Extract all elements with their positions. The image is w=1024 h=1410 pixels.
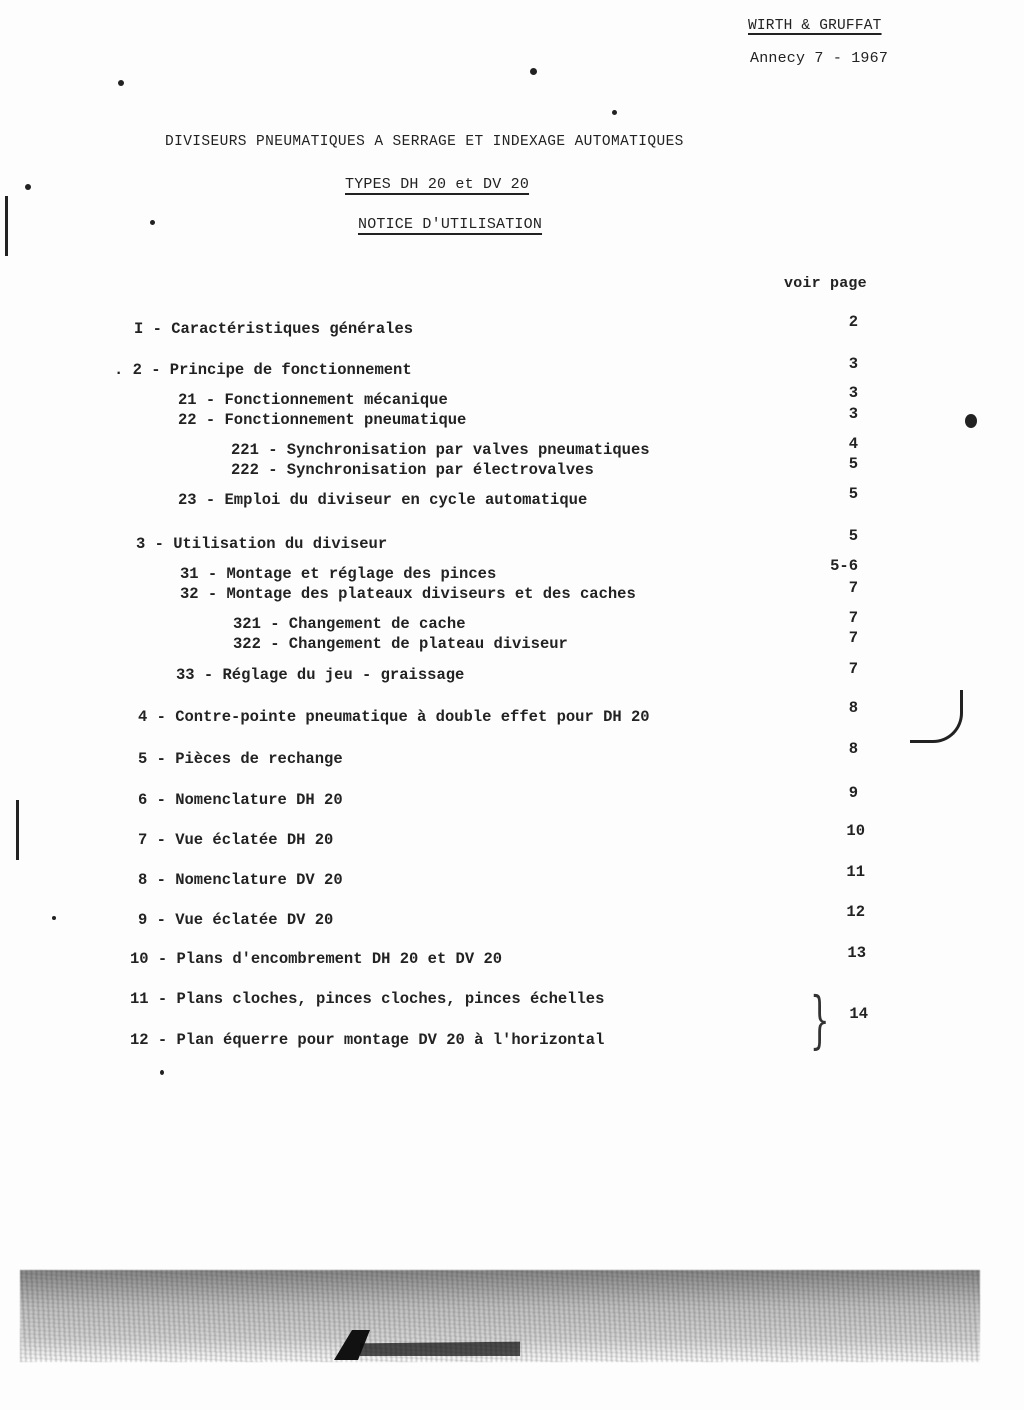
toc-page: 5-6 — [798, 557, 858, 575]
toc-page: 3 — [798, 384, 858, 402]
toc-entry: 32 - Montage des plateaux diviseurs et d… — [180, 585, 636, 603]
toc-entry: 3 - Utilisation du diviseur — [136, 535, 387, 553]
toc-page: 3 — [798, 405, 858, 423]
toc-entry: 31 - Montage et réglage des pinces — [180, 565, 496, 583]
toc-entry: 322 - Changement de plateau diviseur — [233, 635, 568, 653]
toc-entry: 33 - Réglage du jeu - graissage — [176, 666, 464, 684]
scan-speck — [118, 80, 124, 86]
scan-speck — [160, 1070, 164, 1075]
toc-page: 5 — [798, 455, 858, 473]
toc-entry: 9 - Vue éclatée DV 20 — [138, 911, 333, 929]
toc-entry: 23 - Emploi du diviseur en cycle automat… — [178, 491, 587, 509]
toc-page: 11 — [805, 863, 865, 881]
scan-speck — [25, 184, 31, 190]
grouping-brace: } — [810, 983, 830, 1056]
toc-entry: 6 - Nomenclature DH 20 — [138, 791, 343, 809]
toc-entry: 12 - Plan équerre pour montage DV 20 à l… — [130, 1031, 604, 1049]
toc-page: 7 — [798, 660, 858, 678]
toc-entry: 11 - Plans cloches, pinces cloches, pinc… — [130, 990, 604, 1008]
toc-page: 5 — [798, 485, 858, 503]
toc-page: 7 — [798, 629, 858, 647]
toc-entry: I - Caractéristiques générales — [134, 320, 413, 338]
toc-entry: 10 - Plans d'encombrement DH 20 et DV 20 — [130, 950, 502, 968]
toc-entry: 222 - Synchronisation par électrovalves — [231, 461, 594, 479]
scan-edge-mark — [5, 196, 8, 256]
toc-entry: 5 - Pièces de rechange — [138, 750, 343, 768]
document-title: DIVISEURS PNEUMATIQUES A SERRAGE ET INDE… — [165, 134, 684, 150]
toc-page: 8 — [798, 699, 858, 717]
document-subtitle: NOTICE D'UTILISATION — [358, 216, 542, 233]
toc-page: 7 — [798, 609, 858, 627]
toc-page: 8 — [798, 740, 858, 758]
toc-entry: . 2 - Principe de fonctionnement — [114, 361, 412, 379]
place-date: Annecy 7 - 1967 — [750, 50, 888, 67]
toc-page: 13 — [806, 944, 866, 962]
toc-page: 12 — [805, 903, 865, 921]
toc-page: 3 — [798, 355, 858, 373]
scan-speck — [612, 110, 617, 115]
scan-speck — [965, 414, 977, 428]
toc-entry: 8 - Nomenclature DV 20 — [138, 871, 343, 889]
page-column-header: voir page — [784, 275, 867, 292]
toc-entry: 22 - Fonctionnement pneumatique — [178, 411, 466, 429]
toc-entry: 221 - Synchronisation par valves pneumat… — [231, 441, 650, 459]
toc-entry: 321 - Changement de cache — [233, 615, 466, 633]
scan-edge-mark — [16, 800, 19, 860]
scan-speck — [530, 68, 537, 75]
toc-page: 10 — [805, 822, 865, 840]
scan-speck — [52, 916, 56, 920]
toc-page: 4 — [798, 435, 858, 453]
document-types: TYPES DH 20 et DV 20 — [345, 176, 529, 193]
scan-speck — [150, 220, 155, 225]
toc-page: 2 — [798, 313, 858, 331]
toc-page: 9 — [798, 784, 858, 802]
toc-entry: 21 - Fonctionnement mécanique — [178, 391, 448, 409]
toc-entry: 7 - Vue éclatée DH 20 — [138, 831, 333, 849]
toc-entry: 4 - Contre-pointe pneumatique à double e… — [138, 708, 650, 726]
pen-stroke — [910, 690, 963, 743]
document-page: WIRTH & GRUFFAT Annecy 7 - 1967 DIVISEUR… — [0, 0, 1024, 1410]
company-name: WIRTH & GRUFFAT — [748, 18, 882, 34]
toc-page: 5 — [798, 527, 858, 545]
toc-page: 7 — [798, 579, 858, 597]
